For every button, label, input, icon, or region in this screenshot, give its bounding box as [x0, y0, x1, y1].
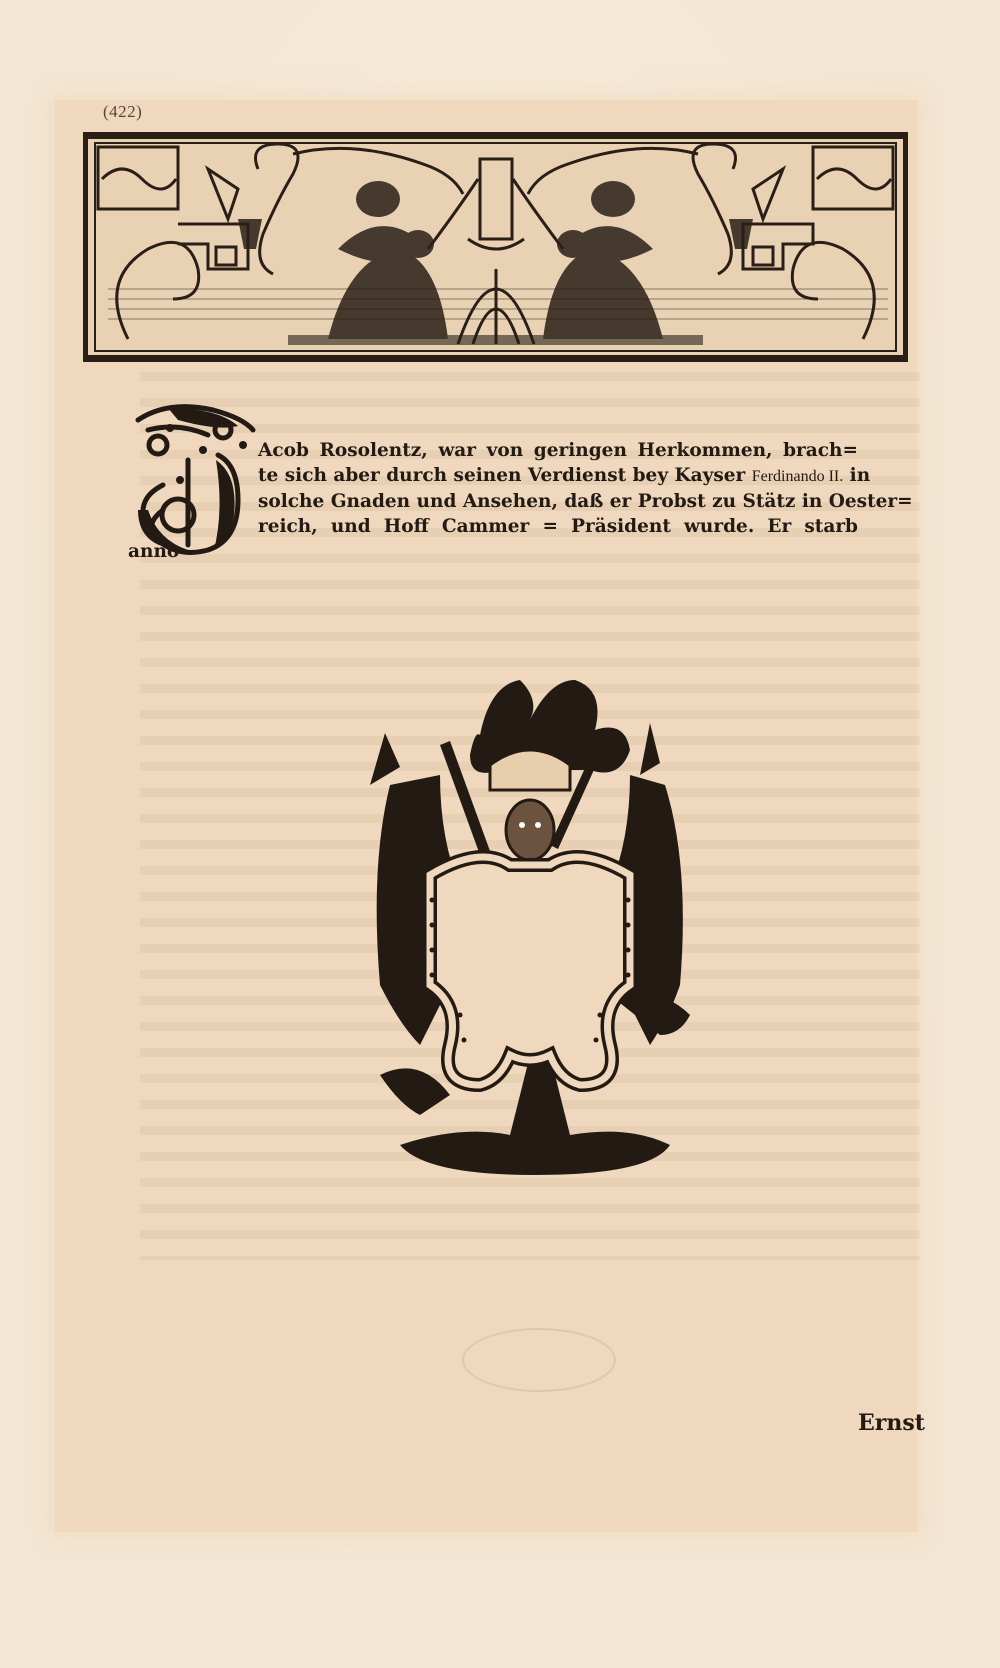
roman-name: Ferdinando II. — [752, 468, 844, 485]
page-number: (422) — [103, 102, 142, 122]
entry-line-4: reich, und Hoff Cammer = Präsident wurde… — [258, 514, 858, 539]
drop-cap-initial — [128, 400, 260, 555]
coat-of-arms-woodcut — [360, 675, 725, 1190]
entry-line-3: solche Gnaden und Ansehen, daß er Probst… — [258, 489, 858, 514]
entry-line-1: Acob Rosolentz, war von geringen Herkomm… — [258, 438, 858, 463]
entry-line-2: te sich aber durch seinen Verdienst bey … — [258, 463, 858, 489]
entry-line-5: anno — [128, 539, 858, 564]
catchword: Ernst — [858, 1410, 925, 1436]
headpiece-woodcut — [83, 132, 908, 362]
ornament-scrollwork-icon — [88, 139, 903, 355]
bleed-through-ornament — [462, 1328, 616, 1392]
entry-text: Acob Rosolentz, war von geringen Herkomm… — [258, 438, 858, 564]
